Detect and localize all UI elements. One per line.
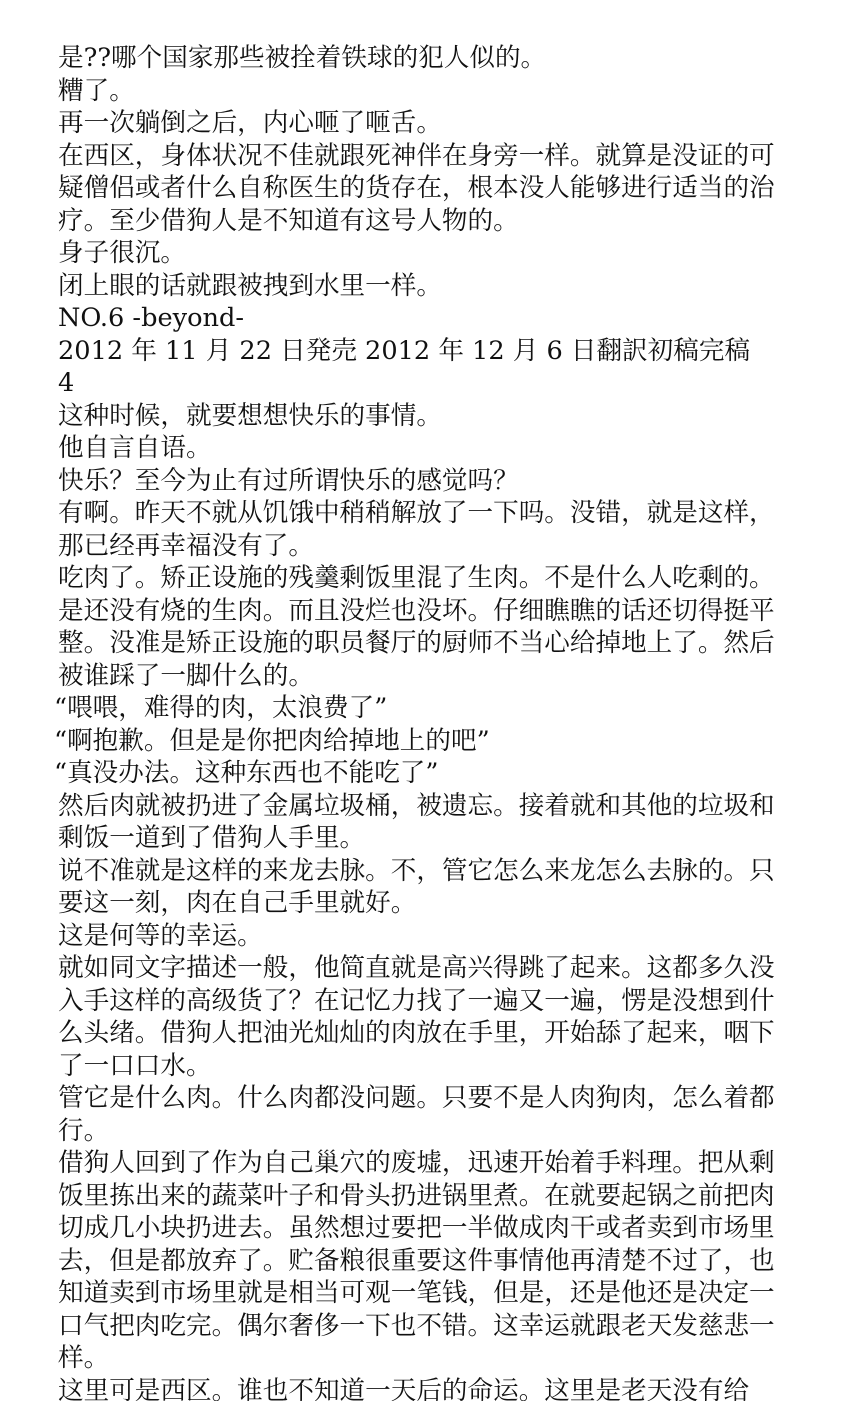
paragraph: 快乐？至今为止有过所谓快乐的感觉吗？	[58, 465, 798, 498]
paragraph: 再一次躺倒之后，内心咂了咂舌。	[58, 107, 798, 140]
document-page: 是??哪个国家那些被拴着铁球的犯人似的。 糟了。 再一次躺倒之后，内心咂了咂舌。…	[58, 42, 798, 1401]
paragraph: 这种时候，就要想想快乐的事情。	[58, 400, 798, 433]
paragraph: 在西区，身体状况不佳就跟死神伴在身旁一样。就算是没证的可疑僧侣或者什么自称医生的…	[58, 140, 798, 238]
paragraph: 身子很沉。	[58, 237, 798, 270]
paragraph: 这是何等的幸运。	[58, 920, 798, 953]
paragraph: 闭上眼的话就跟被拽到水里一样。	[58, 270, 798, 303]
paragraph: 就如同文字描述一般，他简直就是高兴得跳了起来。这都多久没入手这样的高级货了？在记…	[58, 952, 798, 1082]
dialogue-line: “喂喂，难得的肉，太浪费了”	[58, 692, 798, 725]
paragraph: 吃肉了。矫正设施的残羹剩饭里混了生肉。不是什么人吃剩的。是还没有烧的生肉。而且没…	[58, 562, 798, 692]
paragraph: 糟了。	[58, 75, 798, 108]
paragraph: 他自言自语。	[58, 432, 798, 465]
paragraph: 有啊。昨天不就从饥饿中稍稍解放了一下吗。没错，就是这样，那已经再幸福没有了。	[58, 497, 798, 562]
dialogue-line: “真没办法。这种东西也不能吃了”	[58, 757, 798, 790]
paragraph: 说不准就是这样的来龙去脉。不，管它怎么来龙怎么去脉的。只要这一刻，肉在自己手里就…	[58, 855, 798, 920]
paragraph: 然后肉就被扔进了金属垃圾桶，被遗忘。接着就和其他的垃圾和剩饭一道到了借狗人手里。	[58, 790, 798, 855]
paragraph: 是??哪个国家那些被拴着铁球的犯人似的。	[58, 42, 798, 75]
paragraph: 借狗人回到了作为自己巢穴的废墟，迅速开始着手料理。把从剩饭里拣出来的蔬菜叶子和骨…	[58, 1147, 798, 1375]
page-number: 4	[58, 367, 798, 400]
paragraph: 管它是什么肉。什么肉都没问题。只要不是人肉狗肉，怎么着都行。	[58, 1082, 798, 1147]
paragraph: 这里可是西区。谁也不知道一天后的命运。这里是老天没有给	[58, 1375, 798, 1401]
release-date-line: 2012 年 11 月 22 日発売 2012 年 12 月 6 日翻訳初稿完稿	[58, 335, 798, 368]
dialogue-line: “啊抱歉。但是是你把肉给掉地上的吧”	[58, 725, 798, 758]
book-title-header: NO.6 -beyond-	[58, 302, 798, 335]
